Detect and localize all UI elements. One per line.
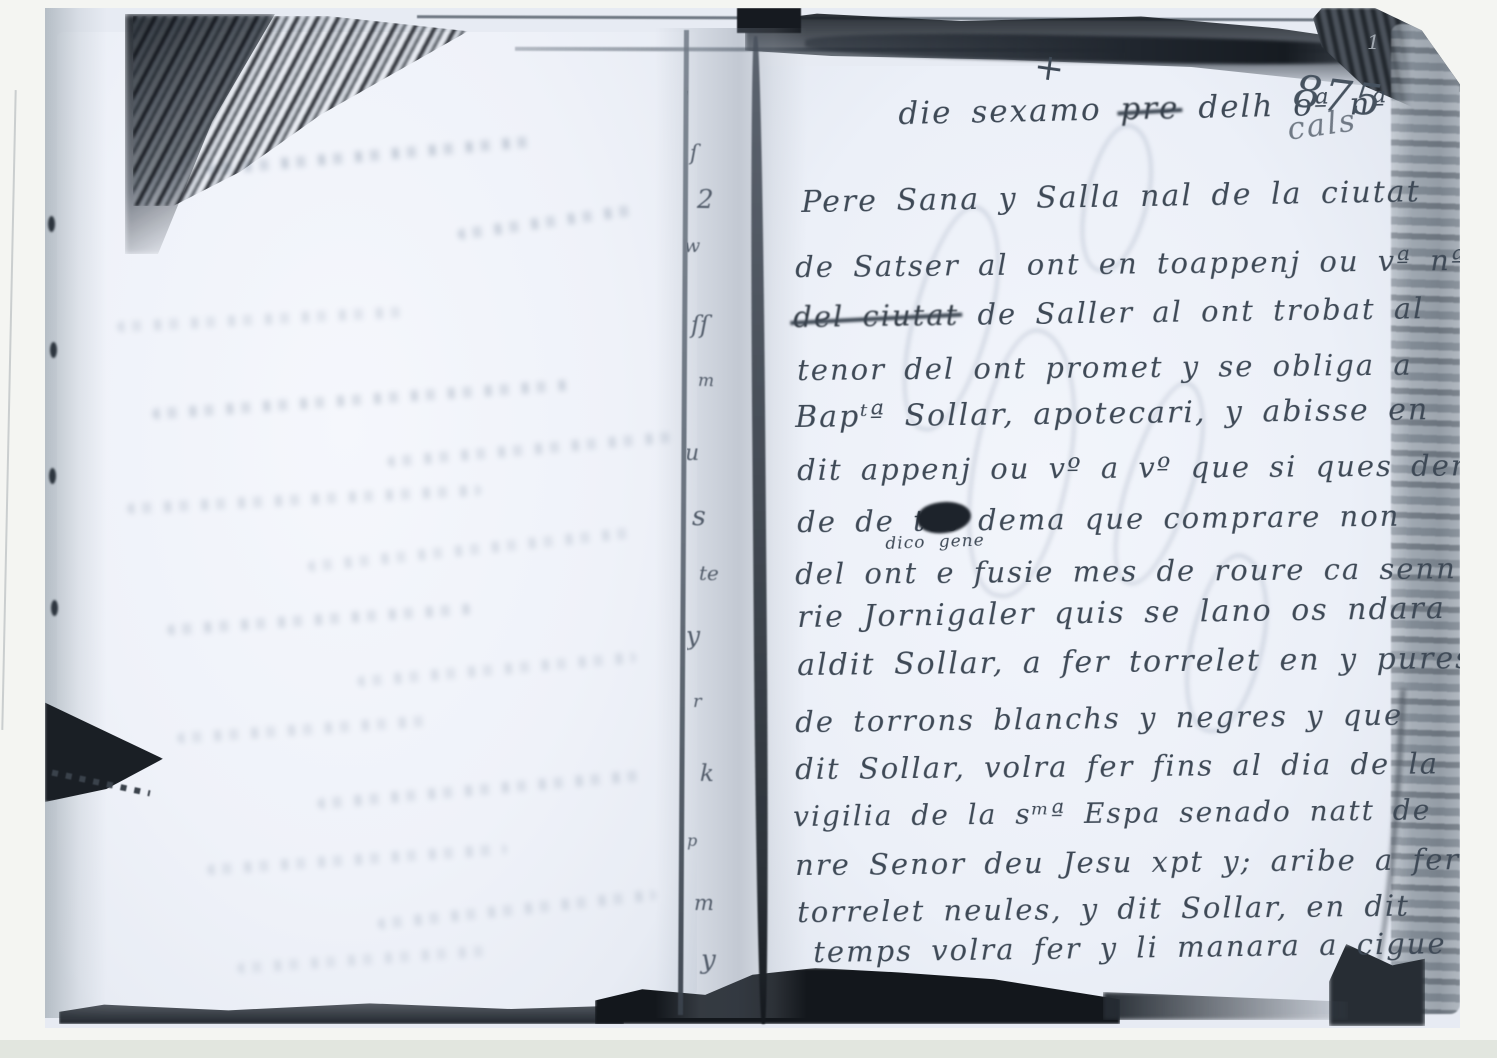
line-text: nre Senor deu Jesu xpt y; aribe a fer (795, 842, 1460, 882)
manuscript-line-10: aldit Sollar, a fer torrelet en y pures (797, 641, 1473, 683)
manuscript-line-8: del ont e fusie mes de roure ca senn (795, 551, 1457, 591)
line-text: dit appenj ou vº a vº que si ques den (797, 448, 1472, 487)
gutter-fragment: m (698, 371, 714, 391)
manuscript-scan: lſ2wſſmusteyrkpmy + die sexamo pre delh … (0, 0, 1497, 1058)
gutter-fragment: te (699, 561, 719, 585)
gutter-fragment: y (687, 621, 700, 650)
manuscript-line-13: vigilia de la sᵐª Espa senado natt de (793, 793, 1431, 833)
bleed-through-mark (387, 432, 672, 468)
bleed-through-mark (237, 945, 492, 974)
header-struck-word: pre (1120, 90, 1180, 127)
header-cross-mark: + (1031, 46, 1069, 91)
gutter-fragment: y (701, 945, 716, 975)
bleed-through-mark (377, 889, 657, 929)
gutter-fragment: ſſ (691, 311, 709, 339)
gutter-fragment: r (693, 691, 702, 712)
manuscript-line-12: dit Sollar, volra fer fins al dia de la (795, 746, 1439, 786)
edge-speck (48, 216, 55, 232)
bleed-through-mark (127, 485, 482, 515)
scanner-bed-strip (0, 1040, 1497, 1058)
manuscript-line-4: tenor del ont promet y se obliga a (797, 348, 1413, 387)
line-text: aldit Sollar, a fer torrelet en y pures (797, 641, 1473, 683)
struck-word: del ciutat (793, 298, 959, 334)
gutter-fragment: ſ (690, 141, 698, 165)
manuscript-line-2: de Satser al ont en toappenj ou vª nª (795, 243, 1467, 284)
gutter-fragment: u (687, 441, 699, 466)
manuscript-line-15: torrelet neules, y dit Sollar, en dit (797, 889, 1410, 929)
line-text: vigilia de la sᵐª Espa senado natt de (793, 793, 1431, 833)
edge-speck (49, 468, 56, 484)
line-text: de Satser al ont en toappenj ou vª nª (795, 243, 1467, 284)
gutter-fragment: k (700, 761, 714, 787)
line-text: de Saller al ont trobat al (977, 291, 1424, 331)
bleed-through-mark (317, 770, 647, 810)
gutter-fragment: 2 (697, 185, 714, 215)
bleed-through-mark (357, 652, 637, 687)
gutter-fragment: p (687, 831, 697, 850)
gutter-fragment: w (687, 235, 700, 257)
line-text: del ont e fusie mes de roure ca senn (795, 551, 1457, 591)
bleed-through-mark (457, 205, 632, 240)
bleed-through-mark (167, 603, 472, 635)
bleed-through-mark (307, 527, 636, 572)
gutter-fragment: m (694, 891, 714, 915)
edge-speck (50, 342, 57, 358)
interline-note: dico gene (885, 531, 985, 554)
bleed-through-mark (177, 715, 432, 744)
bleed-through-mark (117, 307, 402, 333)
manuscript-line-6: dit appenj ou vº a vº que si ques den (797, 448, 1472, 487)
gutter-fragment: s (692, 501, 706, 532)
line-text: torrelet neules, y dit Sollar, en dit (797, 889, 1410, 929)
bleed-through-mark (152, 379, 572, 419)
header-pre: die sexamo (898, 92, 1102, 132)
edge-speck (51, 600, 58, 616)
paper-fold-line (1, 90, 16, 730)
line-text: tenor del ont promet y se obliga a (797, 348, 1413, 387)
line-text: dit Sollar, volra fer fins al dia de la (795, 746, 1439, 786)
corner-mark: 1 (1367, 30, 1382, 54)
gutter-text-fragments: lſ2wſſmusteyrkpmy (687, 63, 747, 993)
gutter-fragment: l (687, 88, 688, 107)
left-cover-edge-shadow (45, 8, 107, 1018)
bleed-through-mark (207, 844, 507, 876)
book-photo: lſ2wſſmusteyrkpmy + die sexamo pre delh … (45, 8, 1460, 1028)
manuscript-line-14: nre Senor deu Jesu xpt y; aribe a fer (795, 842, 1460, 882)
